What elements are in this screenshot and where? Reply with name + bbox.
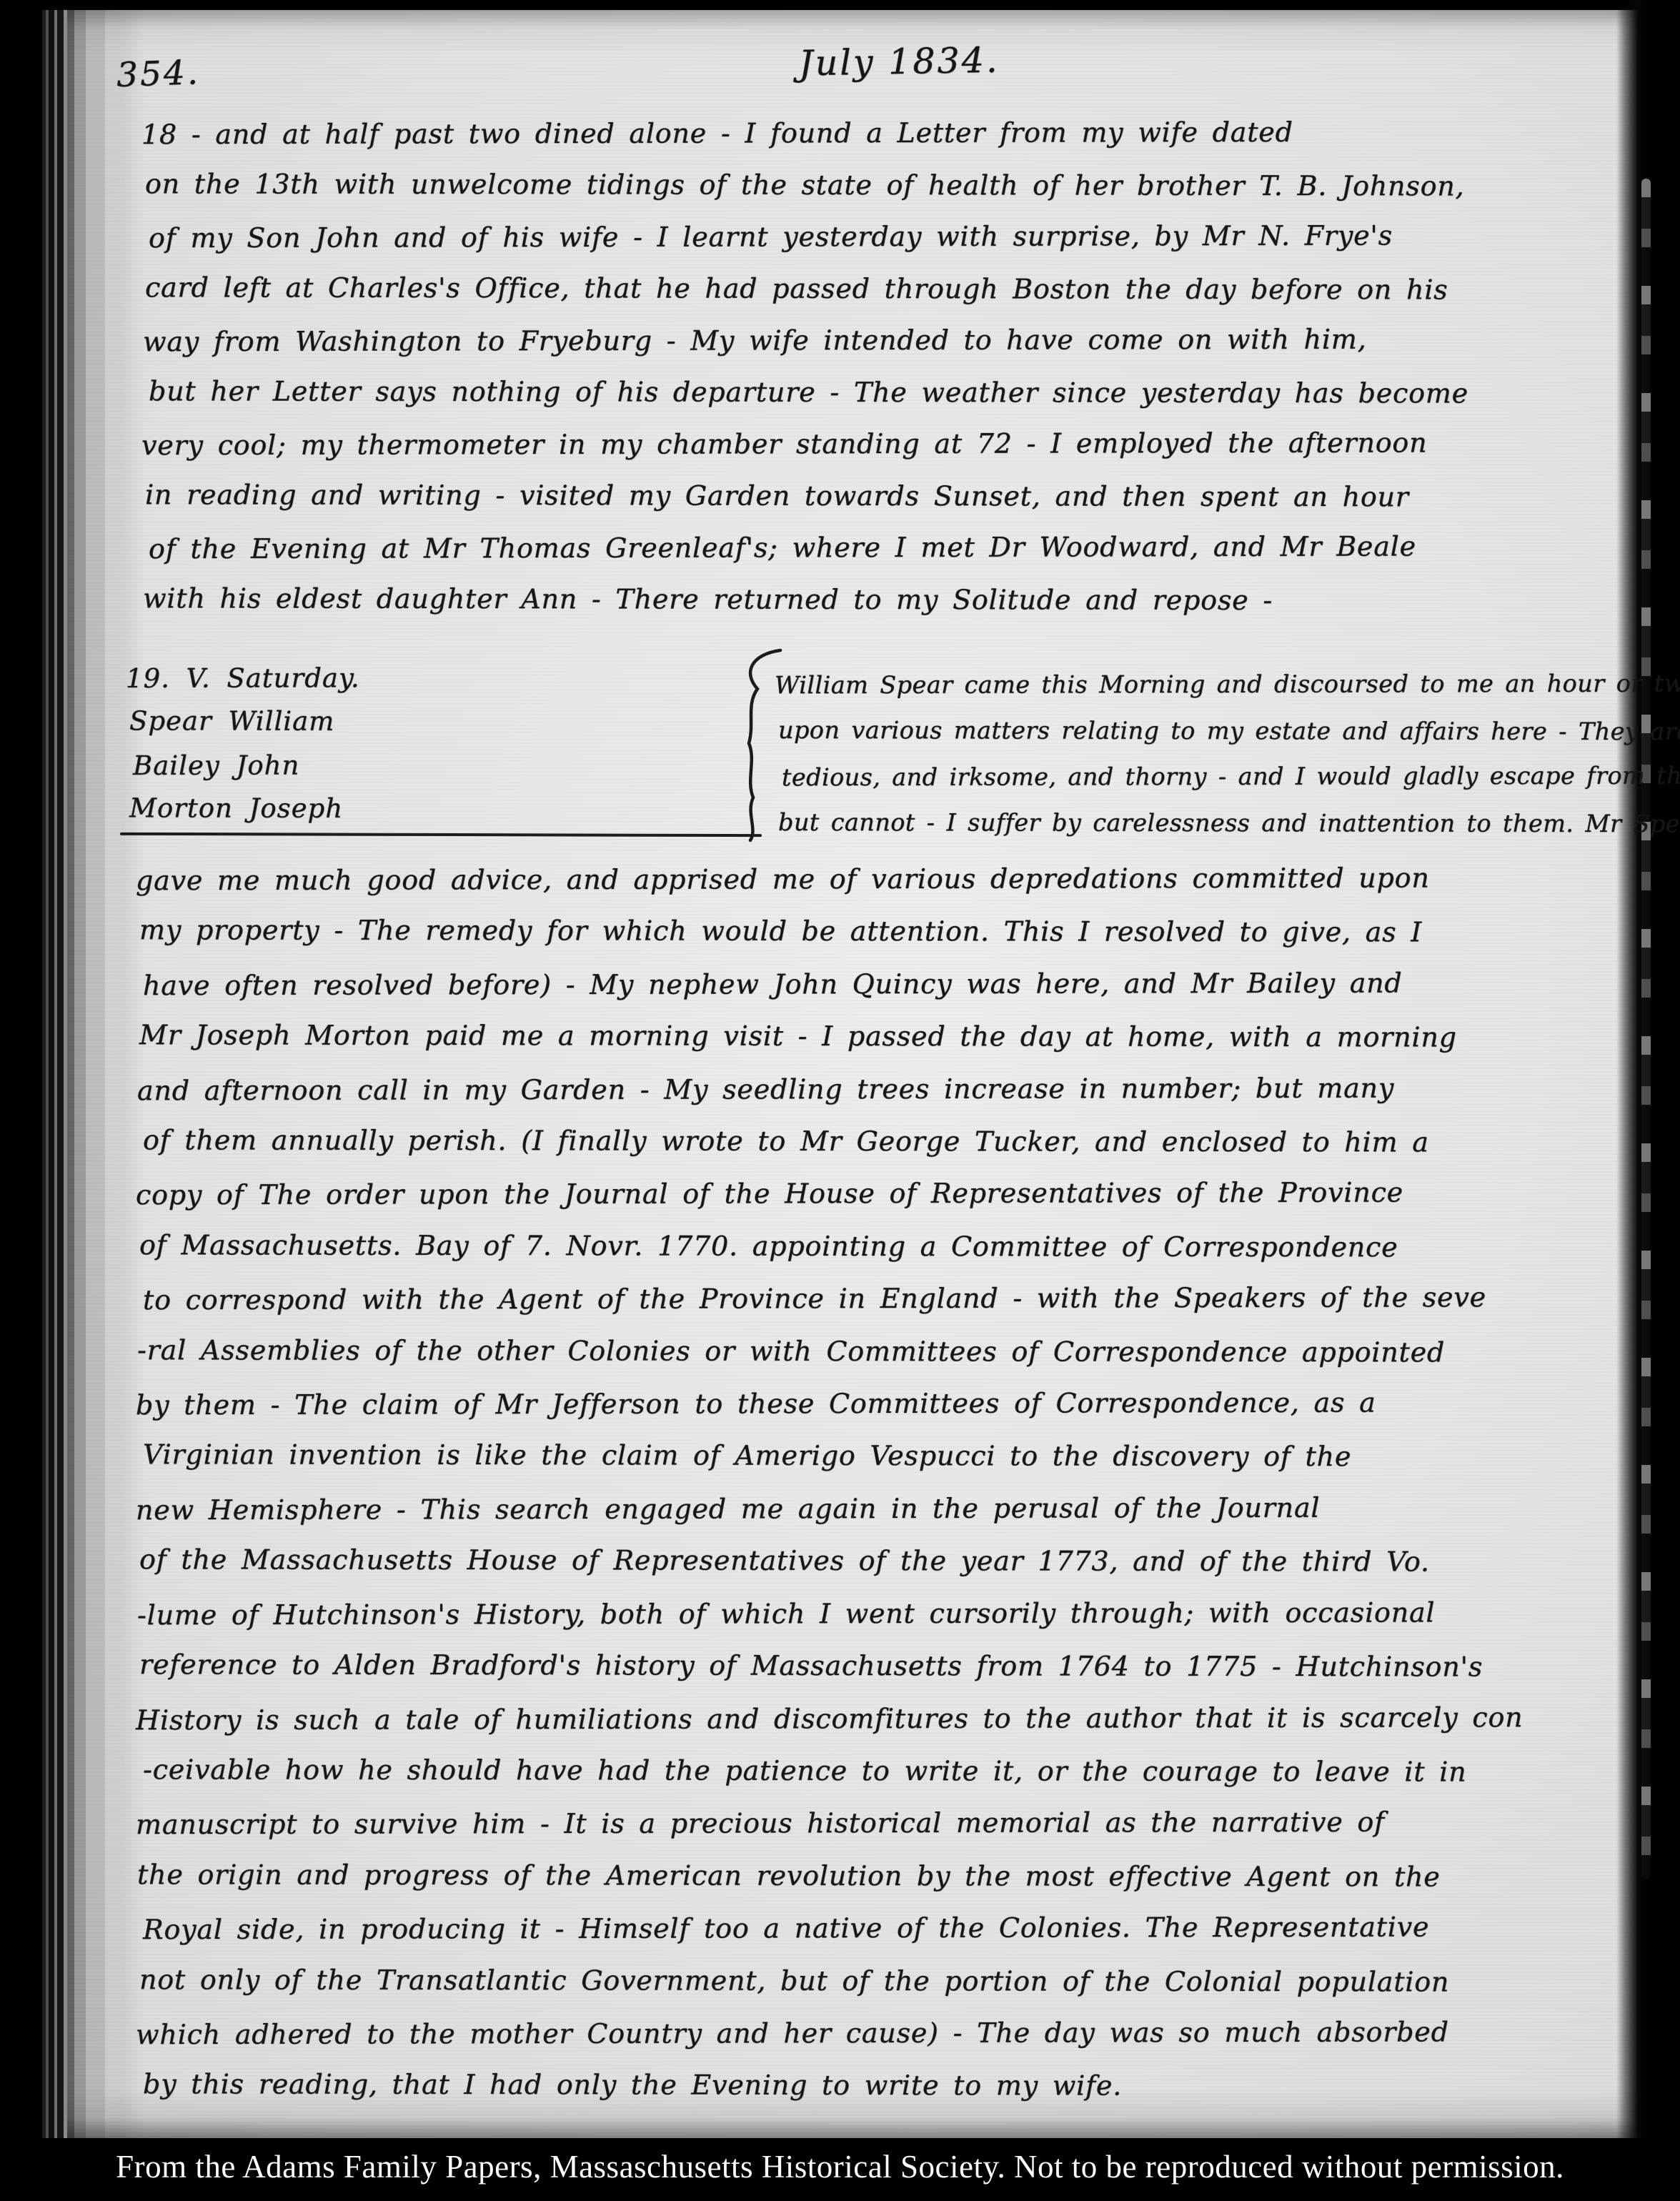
manuscript-line: by this reading, that I had only the Eve…	[143, 2059, 1626, 2114]
manuscript-line: which adhered to the mother Country and …	[136, 2006, 1626, 2062]
manuscript-line: with his eldest daughter Ann - There ret…	[143, 572, 1624, 627]
manuscript-line: upon various matters relating to my esta…	[778, 707, 1625, 755]
book-gutter-shadow	[37, 10, 144, 2138]
manuscript-line: -ceivable how he should have had the pat…	[143, 1744, 1626, 1799]
date-header: July 1834.	[799, 40, 1000, 84]
manuscript-line: Spear William	[129, 699, 740, 743]
manuscript-line: have often resolved before) - My nephew …	[143, 957, 1626, 1013]
manuscript-line: of the Massachusetts House of Representa…	[139, 1534, 1626, 1589]
manuscript-line: way from Washington to Fryeburg - My wif…	[143, 313, 1624, 368]
manuscript-line: Royal side, in producing it - Himself to…	[143, 1901, 1626, 1957]
manuscript-line: gave me much good advice, and apprised m…	[136, 852, 1626, 908]
manuscript-line: Virginian invention is like the claim of…	[143, 1429, 1626, 1484]
manuscript-line: Mr Joseph Morton paid me a morning visit…	[139, 1009, 1626, 1064]
manuscript-line: of my Son John and of his wife - I learn…	[149, 209, 1624, 264]
entry-19-body-text: gave me much good advice, and apprised m…	[136, 853, 1626, 2112]
manuscript-line: to correspond with the Agent of the Prov…	[143, 1271, 1626, 1327]
manuscript-line: on the 13th with unwelcome tidings of th…	[145, 158, 1624, 212]
manuscript-line: and afternoon call in my Garden - My see…	[137, 1061, 1626, 1117]
manuscript-line: in reading and writing - visited my Gard…	[145, 469, 1624, 523]
manuscript-line: not only of the Transatlantic Government…	[139, 1954, 1626, 2009]
page-edge-ticks	[1641, 179, 1651, 1879]
manuscript-line: of them annually perish. (I finally wrot…	[143, 1114, 1626, 1169]
manuscript-line: -lume of Hutchinson's History, both of w…	[137, 1586, 1626, 1642]
page-number: 354.	[116, 53, 201, 95]
manuscript-line: William Spear came this Morning and disc…	[775, 661, 1625, 709]
manuscript-line: tedious, and irksome, and thorny - and I…	[782, 753, 1625, 801]
manuscript-line: new Hemisphere - This search engaged me …	[136, 1481, 1626, 1537]
manuscript-line: 18 - and at half past two dined alone - …	[141, 106, 1624, 161]
entry-19-indented-text: William Spear came this Morning and disc…	[775, 662, 1625, 846]
entry-18-text: 18 - and at half past two dined alone - …	[141, 107, 1624, 625]
manuscript-line: card left at Charles's Office, that he h…	[145, 262, 1624, 316]
manuscript-line: -ral Assemblies of the other Colonies or…	[137, 1324, 1626, 1379]
manuscript-line: my property - The remedy for which would…	[139, 905, 1626, 960]
margin-note-names: 19. V. Saturday.Spear WilliamBailey John…	[126, 656, 740, 830]
manuscript-line: very cool; my thermometer in my chamber …	[141, 417, 1624, 472]
manuscript-line: but her Letter says nothing of his depar…	[149, 365, 1624, 419]
manuscript-line: of Massachusetts. Bay of 7. Novr. 1770. …	[139, 1219, 1626, 1274]
manuscript-line: History is such a tale of humiliations a…	[136, 1691, 1626, 1747]
manuscript-line: Morton Joseph	[129, 786, 740, 830]
scanned-diary-photograph: 354. July 1834. 18 - and at half past tw…	[0, 0, 1680, 2201]
manuscript-line: Bailey John	[133, 742, 740, 788]
manuscript-line: but cannot - I suffer by carelessness an…	[778, 799, 1625, 847]
manuscript-line: the origin and progress of the American …	[137, 1849, 1626, 1904]
manuscript-line: of the Evening at Mr Thomas Greenleaf's;…	[149, 520, 1624, 575]
manuscript-line: by them - The claim of Mr Jefferson to t…	[136, 1376, 1626, 1432]
manuscript-line: copy of The order upon the Journal of th…	[136, 1166, 1626, 1222]
caption-bar: From the Adams Family Papers, Massaschus…	[0, 2138, 1680, 2201]
archive-credit-caption: From the Adams Family Papers, Massaschus…	[0, 2148, 1680, 2185]
manuscript-line: manuscript to survive him - It is a prec…	[136, 1796, 1626, 1852]
manuscript-line: 19. V. Saturday.	[126, 655, 740, 700]
manuscript-line: reference to Alden Bradford's history of…	[139, 1639, 1626, 1694]
